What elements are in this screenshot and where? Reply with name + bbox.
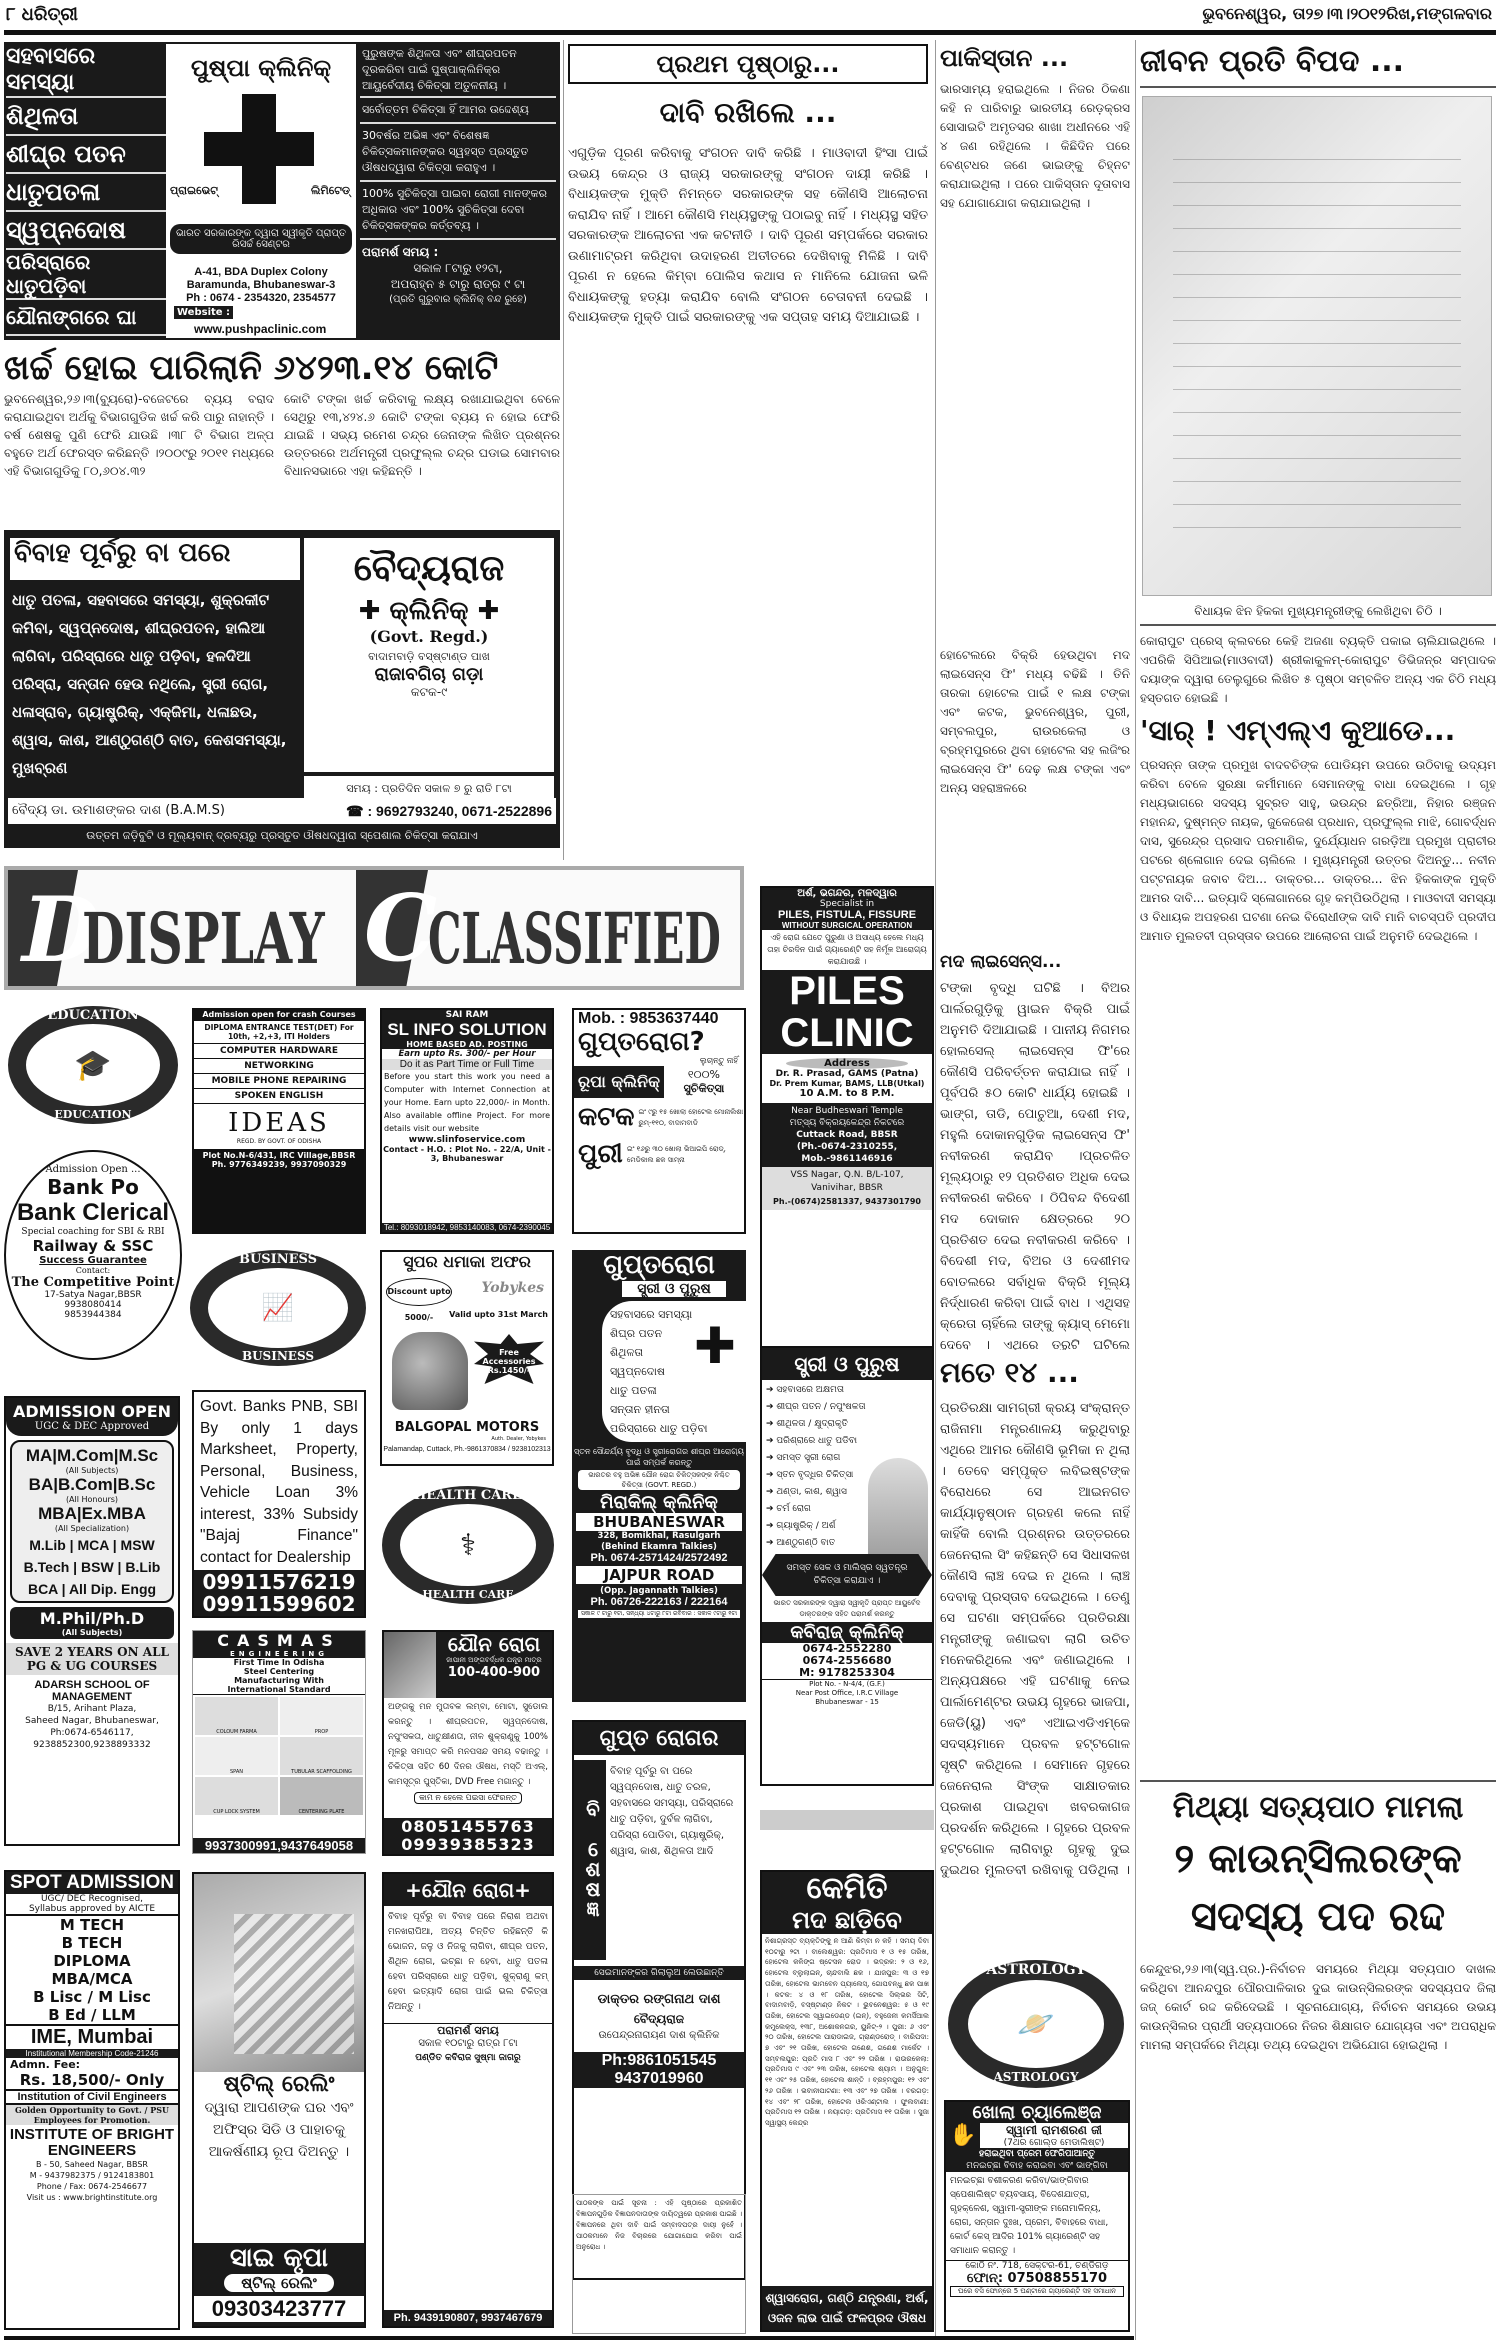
- loan-text: Govt. Banks PNB, SBI By only 1 days Mark…: [194, 1392, 364, 1572]
- ad-title: PILES, FISTULA, FISSURE: [762, 909, 932, 921]
- ad-title: ଯୌନ ରୋଗ: [436, 1632, 552, 1656]
- ad-title: CASMAS: [193, 1631, 365, 1650]
- city-info: ଇଂ ୯ରୁ ୧୫ ଖୋଲା ହୋଟେଲ ମୋନାଲିଶା ରୁମ୍-୧୧୦, …: [638, 1107, 744, 1129]
- ad-title: ADMISSION OPEN: [6, 1398, 178, 1421]
- city-info: ଇଂ ୧୬ରୁ ୩୦ ଖୋଲା ଭିଆଇପି ରୋଡ୍, ମେଡିକାଲ ଛକ …: [627, 1144, 744, 1166]
- ad-title: ଗୁପ୍ତରୋଗ: [572, 1250, 746, 1281]
- front-headline: ଦାବି ରଖିଲେ ...: [568, 96, 928, 130]
- time-label: ପରାମର୍ଶ ସମୟ: [384, 2023, 552, 2038]
- education-logo: EDUCATION 🎓 EDUCATION: [8, 1006, 178, 1124]
- valid-date: Valid upto 31st March: [449, 1310, 548, 1319]
- address-line: କଟକ-୯: [304, 685, 554, 700]
- doctor-block: Address Dr. R. Prasad, GAMS (Patna) Dr. …: [762, 1054, 932, 1103]
- logo-text: EDUCATION: [47, 1008, 138, 1023]
- red-cross-icon: [204, 94, 314, 204]
- course: BA|B.Com|B.Sc: [12, 1475, 172, 1495]
- challenge-lines: ହରାଇଥିବା ପ୍ରେମ ଫେରିପାଆନ୍ତୁ ମନଇଚ୍ଛା ବିବାହ…: [946, 2148, 1128, 2172]
- mla-body: ପ୍ରସନ୍ନ ତାଙ୍କ ପ୍ରମୁଖ ବାଦବଚିଙ୍କ ପୋଡିୟମ ଉପ…: [1140, 756, 1496, 1766]
- city-row: କଟକ ଇଂ ୯ରୁ ୧୫ ଖୋଲା ହୋଟେଲ ମୋନାଲିଶା ରୁମ୍-୧…: [574, 1102, 744, 1133]
- phone: (Ph.-0674-2310255,: [764, 1141, 930, 1153]
- ad-title: ଗୁପ୍ତରୋଗ?: [574, 1028, 744, 1056]
- ad-line: ସ୍ତନ ସୌନ୍ଦର୍ଯ୍ୟ ବୃଦ୍ଧି ଓ ସ୍ତ୍ରୀରୋଗର ଶୀଘ୍…: [572, 1446, 746, 1468]
- address-line: କୋଠି ନଂ. 718, ସେକ୍ଟର-61, ଚଣ୍ଡିଗଡ଼: [946, 2260, 1128, 2271]
- logo-text: ASTROLOGY: [993, 2070, 1078, 2084]
- regd-label: REGD. BY GOVT. OF ODISHA: [194, 1138, 364, 1149]
- liquor-subhead: ମଦ ଲାଇସେନ୍ସ...: [940, 952, 1130, 972]
- address-line: B/15, Arihant Plaza,: [6, 1703, 178, 1715]
- ad-body: ବିବାହ ପୂର୍ବରୁ ବା ବିବାହ ପରେ ନିରାଶ ଅଥବା ମନ…: [384, 1906, 552, 2019]
- budget-col2: କୋଟି ଟଙ୍କା ଖର୍ଚ୍ଚ କରିବାକୁ ଲକ୍ଷ୍ୟ ରଖାଯାଇଥ…: [284, 390, 560, 480]
- staircase-photo: [194, 1874, 364, 2072]
- address-line: ମତ୍ସ୍ୟ ବିକ୍ରୟକେନ୍ଦ୍ର ନିକଟରେ: [764, 1117, 930, 1129]
- council-headline-3: ସଦସ୍ୟ ପଦ ରଦ୍ଦ: [1140, 1894, 1496, 1940]
- story14-headline: ମତେ ୧୪ ...: [940, 1356, 1130, 1390]
- ime-label: IME, Mumbai: [6, 2026, 178, 2049]
- ad-line: Special coaching for SBI & RBI: [6, 1227, 180, 1237]
- ad-text-block: ସର୍ବୋତ୍ତମ ଚିକିତ୍ସା ହିଁ ଆମର ଉଦ୍ଦେଶ୍ୟ: [360, 98, 556, 124]
- rupa-clinic-ad: Mob. : 9853637440 ଗୁପ୍ତରୋଗ? ଲୁଚାନ୍ତୁ ନାହ…: [572, 1008, 746, 1234]
- address-line: Near Post Office, I.R.C Village: [762, 1689, 932, 1698]
- swami-info: ସ୍ୱାମୀ ରାମଶରଣ ଜୀ (7ଥର ଗୋଲ୍ଡ ମେଡାଲିଷ୍ଟ): [980, 2123, 1128, 2148]
- timing-block: ପରାମର୍ଶ ସମୟ : ସକାଳ ୮ଟାରୁ ୧୨ଟା, ଅପରାହ୍ନ ୫…: [360, 240, 556, 312]
- doctor-photo: [868, 1458, 928, 1568]
- timing: ସକାଳ ୯ ଟାରୁ ୧ଟା, ସନ୍ଧ୍ୟା ୪ଟାରୁ ୮ଟା ରବିବା…: [578, 1610, 740, 1618]
- loan-phones: 09911576219 09911599602: [194, 1570, 364, 1616]
- ad-line: Manufacturing With: [193, 1676, 365, 1685]
- brand-name: ବୈଦ୍ୟରାଜ: [304, 548, 554, 590]
- product-item: COLOUM FARMA: [195, 1697, 278, 1735]
- address-line: Vanivihar, BBSR: [764, 1182, 930, 1195]
- life-threat-headline: ଜୀବନ ପ୍ରତି ବିପଦ ...: [1140, 44, 1496, 79]
- steel-railing-ad: ଷ୍ଟିଲ୍ ରେଲିଂ ଦ୍ୱାରା ଆପଣଙ୍କ ଘର ଏବଂ ଅଫିସ୍‌…: [192, 1872, 366, 2328]
- timing-label: ପରାମର୍ଶ ସମୟ :: [362, 244, 554, 260]
- course: B.Tech | BSW | B.Lib: [12, 1559, 172, 1575]
- product-item: CUP LOCK SYSTEM: [195, 1777, 278, 1815]
- scooter-image: [392, 1332, 468, 1410]
- course: MBA|Ex.MBA: [12, 1504, 172, 1524]
- ad-subtitle: ମଦ ଛାଡ଼ିବେ: [762, 1906, 932, 1934]
- treatment: ପରିଶ୍ରାରେ ଧାତୁ ପଡିବା: [776, 1436, 857, 1446]
- course: DIPLOMA: [6, 1952, 178, 1970]
- symptom: ଧାତୁ ପତଳା: [610, 1381, 738, 1400]
- school-name: ADARSH SCHOOL OF MANAGEMENT: [6, 1679, 178, 1703]
- ad-item: ଶୀଘ୍ର ପତନ: [6, 136, 166, 174]
- ad-text-block: 100% ସୁଚିକିତ୍ସା ପାଇବା ରୋଗୀ ମାନଙ୍କର ଅଧିକା…: [360, 182, 556, 240]
- address-line: Ph:0674-6546117,: [6, 1727, 178, 1739]
- pushpa-clinic-ad: ସହବାସରେ ସମସ୍ୟା ଶିଥିଳତା ଶୀଘ୍ର ପତନ ଧାତୁପତଳ…: [4, 42, 560, 340]
- phone: Ph. 06726-222163 / 222164: [572, 1597, 746, 1608]
- brand-name: କବିରାଜ୍ କ୍ଲିନିକ୍: [762, 1622, 932, 1643]
- treatment: ସମସ୍ତ ସ୍ତ୍ରୀ ରୋଗ: [776, 1453, 840, 1463]
- yauna-roga-ad: ଯୌନ ରୋଗ ଜାପାନୀ ଅଙ୍ଗବର୍ଦ୍ଧକ ଯନ୍ତ୍ର ମାତ୍ର …: [382, 1630, 554, 1856]
- course: SPOKEN ENGLISH: [194, 1089, 364, 1104]
- product-grid: COLOUM FARMA PROP SPAN TUBULAR SCAFFOLDI…: [193, 1695, 365, 1817]
- vaidyaraj-clinic-ad: ବିବାହ ପୂର୍ବରୁ ବା ପରେ ଧାତୁ ପତଳା, ସହବାସରେ …: [4, 530, 560, 848]
- phone: 09939385323: [384, 1836, 552, 1854]
- address-line: 328, Bomikhal, Rasulgarh: [572, 1531, 746, 1542]
- phone: Ph. 9439190807, 9937467679: [384, 2310, 552, 2326]
- course-note: (All Subjects): [12, 1466, 172, 1475]
- ad-item: ପରିସ୍ରାରେ ଧାତୁପଡ଼ିବା: [6, 250, 166, 300]
- palm-icon: ✋: [946, 2123, 980, 2148]
- phone-block: Ph:9861051545 9437019960: [574, 2052, 744, 2088]
- dateline: ଭୁବନେଶ୍ୱର, ତା୨୭।୩।୨୦୧୨ରିଖ,ମଙ୍ଗଳବାର: [1202, 4, 1492, 24]
- column-rule: [935, 40, 936, 2340]
- ad-title: SL INFO SOLUTION: [382, 1020, 552, 1040]
- pakistan-headline: ପାକିସ୍ତାନ ...: [940, 44, 1130, 72]
- open-challenge-ad: ଖୋଲା ଚ୍ୟାଲେଞ୍ଜ ✋ ସ୍ୱାମୀ ରାମଶରଣ ଜୀ (7ଥର ଗ…: [944, 2100, 1130, 2332]
- sl-header: SAI RAM SL INFO SOLUTION HOME BASED AD. …: [382, 1010, 552, 1049]
- city-name: JAJPUR ROAD: [576, 1566, 742, 1584]
- phone: Ph. 9776349239, 9937090329: [194, 1160, 364, 1169]
- product-item: CENTERING PLATE: [280, 1777, 363, 1815]
- price: 100-400-900: [436, 1665, 552, 1680]
- brand-name: ମିରାକିଲ୍ କ୍ଲିନିକ୍: [572, 1492, 746, 1513]
- ad-item: ଶିଥିଳତା: [6, 98, 166, 136]
- symptom-list: ସହବାସରେ ସମସ୍ୟା ଶିଘ୍ର ପତନ ଶିଥିଳତା ସ୍ୱପ୍ନଦ…: [602, 1301, 746, 1442]
- planets-icon: 🪐: [1017, 2007, 1054, 2042]
- cure-label: ସୁଚିକିତ୍ସା: [664, 1082, 744, 1096]
- caduceus-icon: ⚕: [460, 1528, 476, 1563]
- phone: 9437019960: [574, 2070, 744, 2088]
- ad-line: The Competitive Point: [6, 1275, 180, 1290]
- address-line: M - 9437982375 / 9124183801: [6, 2170, 178, 2181]
- admission-open-ad: ADMISSION OPEN UGC & DEC Approved MA|M.C…: [4, 1396, 180, 1846]
- ad-footer: ଶ୍ୱାସରୋଗ, ଗଣ୍ଠି ଯନ୍ତ୍ରଣା, ଅର୍ଶ, ଓଜନ ଲାଭ …: [762, 2286, 932, 2330]
- cross-icon: ✚: [359, 596, 390, 626]
- ad-line: ଭାରତର ବହୁ ଅଭିଜ୍ଞ ଯୌନ ରୋଗ ଚିକିତ୍ସକଙ୍କ ନିଶ…: [578, 1470, 740, 1490]
- ad-title: କେମିତି: [762, 1872, 932, 1906]
- mphil-box: M.Phil/Ph.D (All Subjects): [10, 1607, 174, 1639]
- casmas-ad: CASMAS ENGINEERING First Time In Odisha …: [192, 1630, 366, 1854]
- liquor-lead-text: ହୋଟେଲରେ ବିକ୍ରି ହେଉଥିବା ମଦ ଲାଇସେନ୍ସ ଫି' ମ…: [940, 648, 1130, 795]
- ad-title: ଗୁପ୍ତ ରୋଗର: [574, 1722, 744, 1755]
- phone: 09911599602: [194, 1593, 364, 1615]
- phone: Tel.: 8093018942, 9853140083, 0674-23900…: [382, 1223, 552, 1232]
- private-label: ପ୍ରାଇଭେଟ୍: [170, 184, 218, 198]
- ad-line: Success Guarantee: [6, 1255, 180, 1266]
- handwritten-letter-photo: [1142, 96, 1492, 596]
- ad-title: ସୁପର ଧମାକା ଅଫର: [382, 1252, 552, 1272]
- dealer-address: Palamandap, Cuttack, Ph.-9861370834 / 92…: [382, 1446, 552, 1453]
- side-label: ବିଶେଷଜ୍ଞ: [574, 1760, 606, 1960]
- address-block: (Opp. Jagannath Talkies) Ph. 06726-22216…: [572, 1586, 746, 1608]
- course: MA|M.Com|M.Sc: [12, 1446, 172, 1466]
- ad-title: ଖୋଲା ଚ୍ୟାଲେଞ୍ଜ: [946, 2102, 1128, 2123]
- website-link[interactable]: www.pushpaclinic.com: [194, 322, 326, 336]
- ad-header: Admission open for crash Courses: [194, 1010, 364, 1019]
- liquor-lead: ହୋଟେଲରେ ବିକ୍ରି ହେଉଥିବା ମଦ ଲାଇସେନ୍ସ ଫି' ମ…: [940, 646, 1130, 946]
- cure-pct: ୧୦୦%: [664, 1068, 744, 1082]
- doctor: Dr. Prem Kumar, BAMS, LLB(Utkal): [766, 1079, 928, 1088]
- budget-headline: ଖର୍ଚ୍ଚ ହୋଇ ପାରିଲାନି ୬୪୨୩.୧୪ କୋଟି: [4, 348, 560, 388]
- dealer-name: BALGOPAL MOTORS: [382, 1420, 552, 1435]
- pushpa-right: ପୁରୁଷଙ୍କ ଶିଥିଳତା ଏବଂ ଶୀଘ୍ରପତନ ଦୂରକରିବା ପ…: [360, 44, 556, 312]
- bottom-rule: [4, 2336, 1134, 2340]
- treatment: ଗ୍ୟାଷ୍ଟ୍ରିକ୍ / ଅର୍ଶ: [776, 1521, 835, 1531]
- address-label: Address: [786, 1058, 908, 1069]
- regd-label: (Govt. Regd.): [304, 627, 554, 646]
- address-line: Cuttack Road, BBSR: [764, 1129, 930, 1141]
- coin-chart-icon: 📈: [262, 1293, 294, 1323]
- banner-word-classified: CLASSIFIED: [428, 894, 721, 984]
- ad-title: +ଯୌନ ରୋଗ+: [384, 1874, 552, 1906]
- vaidyaraj-body: ଧାତୁ ପତଳା, ସହବାସରେ ସମସ୍ୟା, ଶୁକ୍ରକୀଟ କମିବ…: [12, 586, 296, 782]
- ad-subtitle: ଲୁଚାନ୍ତୁ ନାହିଁ: [574, 1056, 744, 1066]
- yobykes-ad: ସୁପର ଧମାକା ଅଫର Discount upto 5000/- Yoby…: [380, 1250, 554, 1466]
- council-headline-2: ୨ କାଉନ୍‌ସିଲରଙ୍କ: [1140, 1836, 1496, 1882]
- course-list: M TECH B TECH DIPLOMA MBA/MCA B Lisc / M…: [6, 1916, 178, 2026]
- logo-text: HEALTH CARE: [422, 1588, 513, 1601]
- medal-note: (7ଥର ଗୋଲ୍ଡ ମେଡାଲିଷ୍ଟ): [980, 2138, 1128, 2148]
- ad-line: Earn upto Rs. 300/- per Hour: [382, 1049, 552, 1059]
- ad-footer: ପଣ୍ଡିତ କବିରାଜ ସୁଷ୍ମା ଜାଗରୁ: [384, 2053, 552, 2063]
- ad-line: UGC/ DEC Recognised,: [6, 1894, 178, 1904]
- mphil-sub: (All Subjects): [12, 1628, 172, 1637]
- course: B TECH: [6, 1934, 178, 1952]
- title-word: CLINIC: [762, 1012, 932, 1054]
- fee: Rs. 18,500/- Only: [6, 2071, 178, 2089]
- bank-coaching-ad: Admission Open ... Bank Po Bank Clerical…: [4, 1150, 182, 1360]
- mphil: M.Phil/Ph.D: [12, 1609, 172, 1628]
- graduation-cap-icon: 🎓: [74, 1048, 111, 1083]
- fee-label: Admn. Fee:: [6, 2058, 178, 2071]
- casmas-lines: First Time In Odisha Steel Centering Man…: [193, 1658, 365, 1695]
- brand-name: ଡାକ୍ତର ରଙ୍ଗନାଥ ଦାଶ: [574, 1992, 744, 2007]
- ad-line: Bank Po: [6, 1175, 180, 1199]
- ad-subtitle: ଜାପାନୀ ଅଙ୍ଗବର୍ଦ୍ଧକ ଯନ୍ତ୍ର ମାତ୍ର: [436, 1656, 552, 1665]
- clinic-word: କ୍ଲିନିକ୍: [390, 596, 469, 626]
- banner-initial: C: [364, 878, 437, 978]
- front-page-box-title: ପ୍ରଥମ ପୃଷ୍ଠାରୁ...: [568, 44, 928, 84]
- front-body: ଏଗୁଡ଼ିକ ପୂରଣ କରିବାକୁ ସଂଗଠନ ଦାବି କରିଛି । …: [568, 144, 928, 844]
- recognition: UGC/ DEC Recognised,Syllabus approved by…: [6, 1894, 178, 1916]
- health-care-logo: HEALTH CARE ⚕ HEALTH CARE: [382, 1486, 554, 1604]
- course: BCA | All Dip. Engg: [12, 1581, 172, 1597]
- ad-line: Admission Open ...: [6, 1164, 180, 1175]
- location-block-2: VSS Nagar, Q.N. B/L-107, Vanivihar, BBSR…: [762, 1167, 932, 1210]
- yauna-phones: 08051455763 09939385323: [384, 1818, 552, 1854]
- product-item: SPAN: [195, 1737, 278, 1775]
- address-line: Bhubaneswar - 15: [762, 1698, 932, 1707]
- grey-bar: [760, 1810, 934, 1830]
- vaidyaraj-brand-box: ବୈଦ୍ୟରାଜ ✚ କ୍ଲିନିକ୍ ✚ (Govt. Regd.) ବାଦା…: [304, 538, 554, 772]
- ad-line: ଅର୍ଶ, ଭଗନ୍ଦର, ମଳଦ୍ୱାର: [762, 888, 932, 899]
- budget-col1: ଭୁବନେଶ୍ୱର,୨୬।୩(ବ୍ୟୁରୋ)-ବଜେଟରେ ବ୍ୟୟ ବରାଦ …: [4, 390, 274, 480]
- timing: ସକାଳ ୧୦ଟାରୁ ରାତ୍ର ୮ଟା: [384, 2038, 552, 2049]
- phone: 09911576219: [194, 1571, 364, 1593]
- ad-line: 9853944384: [6, 1310, 180, 1320]
- address-line: ଉପେନ୍ଦ୍ରନାରାୟଣ ଦାଶ କ୍ଲିନିକ: [574, 2030, 744, 2041]
- ad-line: 9938080414: [6, 1300, 180, 1310]
- treatment: ଆଣ୍ଠୁଗଣ୍ଠି ବାତ: [776, 1538, 835, 1548]
- piles-clinic-ad: ଅର୍ଶ, ଭଗନ୍ଦର, ମଳଦ୍ୱାର Specialist in PILE…: [760, 886, 934, 1376]
- service-burst: ସମସ୍ତ ସେକ ଓ ମାଲିସ୍‌ର ସ୍ୱତନ୍ତ୍ର ଚିକିତ୍ସା …: [762, 1554, 932, 1596]
- doctor-name: ବୈଦ୍ୟ ଡା. ଉମାଶଙ୍କର ଦାଶ (B.A.M.S): [12, 798, 225, 824]
- doctor-row: ବୈଦ୍ୟ ଡା. ଉମାଶଙ୍କର ଦାଶ (B.A.M.S) ☎ : 969…: [8, 798, 556, 824]
- city-name: BHUBANESWAR: [576, 1513, 742, 1531]
- yauna-title-block: ଯୌନ ରୋଗ ଜାପାନୀ ଅଙ୍ଗବର୍ଦ୍ଧକ ଯନ୍ତ୍ର ମାତ୍ର …: [436, 1632, 552, 1698]
- logo-text: HEALTH CARE: [414, 1488, 522, 1503]
- phone: ☎ : 9692793240, 0671-2522896: [346, 798, 556, 824]
- website-link[interactable]: www.slinfoservice.com: [382, 1135, 552, 1145]
- divider: [1140, 1780, 1496, 1782]
- spot-admission-ad: SPOT ADMISSION UGC/ DEC Recognised,Sylla…: [4, 1870, 180, 2330]
- course: M TECH: [6, 1916, 178, 1934]
- ad-line: Contact:: [6, 1266, 180, 1275]
- ad-subtitle: ENGINEERING: [193, 1650, 365, 1658]
- contact: Contact - H.O. : Plot No. - 22/A, Unit -…: [382, 1145, 552, 1163]
- ideas-course-list: DIPLOMA ENTRANCE TEST(DET) For 10th, +2,…: [194, 1021, 364, 1149]
- brand-name: ପୁଷ୍ପା କ୍ଲିନିକ୍: [166, 54, 356, 82]
- product-item: PROP: [280, 1697, 363, 1735]
- ad-line: 17-Satya Nagar,BBSR: [6, 1290, 180, 1300]
- treatment: ଶୀଘ୍ର ପତନ / ନପୁଂଷକତା: [776, 1402, 865, 1412]
- ad-line: Do it as Part Time or Full Time: [382, 1059, 552, 1070]
- treatment: ଶୀଥିଳତା / କ୍ଷୁଦ୍ରାକୃତି: [776, 1419, 847, 1429]
- railing-brand-block: ସାଇ କୃପା ଷ୍ଟିଲ୍ ରେଲିଂ 09303423777: [194, 2243, 364, 2326]
- ad-subtitle: WITHOUT SURGICAL OPERATION: [762, 921, 932, 930]
- letter-lines: [1173, 137, 1461, 537]
- address-line: ବାଦାମବାଡ଼ି ବସ୍‌ଷ୍ଟାଣ୍ଡ ପାଖ: [304, 650, 554, 664]
- phone: M: 9178253304: [762, 1667, 932, 1679]
- ad-line: Syllabus approved by AICTE: [6, 1904, 178, 1914]
- ad-line: Steel Centering: [193, 1667, 365, 1676]
- ad-subtitle: ସ୍ତ୍ରୀ ଓ ପୁରୁଷ: [622, 1281, 726, 1297]
- brand-name: ସାଇ କୃପା: [194, 2243, 364, 2274]
- page-label: ୮ ଧରିତ୍ରୀ: [6, 4, 78, 25]
- ad-item: ସ୍ୱପ୍ନଦୋଷ: [6, 212, 166, 250]
- ad-body: ମନଇଚ୍ଛା ବଶୀକରଣ କରିବା/ଭାଙ୍ଗିବାର ସ୍ପେଶାଲିଷ…: [946, 2172, 1128, 2260]
- course: B Ed / LLM: [6, 2006, 178, 2024]
- phone: 08051455763: [384, 1818, 552, 1836]
- course-note: (All Specialization): [12, 1524, 172, 1533]
- course: NETWORKING: [194, 1059, 364, 1074]
- masthead-rule: [4, 30, 1496, 35]
- cross-icon: ✚: [468, 596, 499, 626]
- title-word: PILES: [762, 970, 932, 1012]
- website-label: Website :: [174, 306, 233, 319]
- treatment: ସ୍ତନ ବୃଦ୍ଧିର ଚିକିତ୍ସା: [776, 1470, 853, 1480]
- kemiti-mada-ad: କେମିତି ମଦ ଛାଡ଼ିବେ ନିଶାଗ୍ରସ୍ତ ବ୍ୟକ୍ତିଙ୍କୁ…: [760, 1870, 934, 2332]
- courses-box: MA|M.Com|M.Sc (All Subjects) BA|B.Com|B.…: [10, 1440, 174, 1603]
- loan-ad: Govt. Banks PNB, SBI By only 1 days Mark…: [192, 1390, 366, 1618]
- school-address: B/15, Arihant Plaza, Saheed Nagar, Bhuba…: [6, 1703, 178, 1751]
- council-headline-1: ମିଥ୍ୟା ସତ୍ୟପାଠ ମାମଲା: [1140, 1790, 1496, 1825]
- liquor-body: ଟଙ୍କା ବୃଦ୍ଧି ଘଟିଛି । ବିଅର ପାର୍ଲରଗୁଡ଼ିକୁ …: [940, 978, 1130, 1350]
- brand-sub: ଷ୍ଟିଲ୍ ରେଲିଂ: [224, 2274, 334, 2292]
- cross-icon: ✚: [694, 1321, 736, 1371]
- display-classified-banner: D DISPLAY C CLASSIFIED: [4, 866, 744, 990]
- phone-block: 0674-2552280 0674-2556680 M: 9178253304: [762, 1643, 932, 1679]
- story14-body: ପ୍ରତିରକ୍ଷା ସାମଗ୍ରୀ କ୍ରୟ ସଂକ୍ରାନ୍ତ ରାଜିନା…: [940, 1398, 1130, 1878]
- column-rule: [563, 40, 564, 860]
- pushpa-left-items: ସହବାସରେ ସମସ୍ୟା ଶିଥିଳତା ଶୀଘ୍ର ପତନ ଧାତୁପତଳ…: [6, 44, 166, 370]
- council-body: କେନ୍ଦୁଝର,୨୬।୩(ସ୍ୱ.ପ୍ର.)-ନିର୍ବାଚନ ସମୟରେ ମ…: [1140, 1960, 1496, 2338]
- timing-line: (ପ୍ରତି ଗୁରୁବାର କ୍ଲିନିକ୍ ବନ୍ଦ ରୁହେ): [362, 292, 554, 308]
- ad-line: ହରାଇଥିବା ପ୍ରେମ ଫେରିପାଆନ୍ତୁ: [946, 2148, 1128, 2160]
- ad-line: Specialist in: [762, 899, 932, 909]
- ad-body: ନିଶାଗ୍ରସ୍ତ ବ୍ୟକ୍ତିଙ୍କୁ ନ ଆଣି କିମ୍ବା ନ କହ…: [762, 1934, 932, 2274]
- address-line: Ph : 0674 - 2354320, 2354577: [166, 292, 356, 305]
- address-line: Saheed Nagar, Bhubaneswar,: [6, 1715, 178, 1727]
- treatment: ଥଣ୍ଡା, କାଶ, ଶ୍ୱାସ: [776, 1487, 847, 1497]
- treatment: ସହବାସରେ ଅକ୍ଷମତା: [776, 1385, 844, 1395]
- logo-text: BUSINESS: [242, 1349, 314, 1363]
- letter-caption: ବିଧାୟକ ଝିନ ହିକକା ମୁଖ୍ୟମନ୍ତ୍ରୀଙ୍କୁ ଲେଖିଥି…: [1140, 604, 1496, 619]
- ad-body: Before you start this work you need a Co…: [382, 1070, 552, 1135]
- address-line: B - 50, Saheed Nagar, BBSR: [6, 2159, 178, 2170]
- miracle-clinic-ad: ଗୁପ୍ତରୋଗ ସ୍ତ୍ରୀ ଓ ପୁରୁଷ ସହବାସରେ ସମସ୍ୟା ଶ…: [572, 1250, 746, 1702]
- ad-body: ଦ୍ୱାରା ଆପଣଙ୍କ ଘର ଏବଂ ଅଫିସ୍‌ର ସିଡି ଓ ପାହା…: [194, 2097, 364, 2163]
- course: M.Lib | MCA | MSW: [12, 1537, 172, 1553]
- ad-item: ସହବାସରେ ସମସ୍ୟା: [6, 44, 166, 98]
- swami-row: ✋ ସ୍ୱାମୀ ରାମଶରଣ ଜୀ (7ଥର ଗୋଲ୍ଡ ମେଡାଲିଷ୍ଟ): [946, 2123, 1128, 2148]
- symptom: ପରିସ୍ରାରେ ଧାତୁ ପଡ଼ିବା: [610, 1419, 738, 1438]
- yauna-header: ଯୌନ ରୋଗ ଜାପାନୀ ଅଙ୍ଗବର୍ଦ୍ଧକ ଯନ୍ତ୍ର ମାତ୍ର …: [384, 1632, 552, 1698]
- business-logo: BUSINESS 📈 BUSINESS: [190, 1250, 366, 1366]
- vaidyaraj-title: ବିବାହ ପୂର୍ବରୁ ବା ପରେ: [10, 538, 300, 580]
- timing-line: ସକାଳ ୮ଟାରୁ ୧୨ଟା,: [362, 260, 554, 276]
- pushpa-address: A-41, BDA Duplex Colony Baramunda, Bhuba…: [166, 266, 356, 305]
- address-line: ରାଜାବଗିଚା ଗଡ଼ା: [304, 664, 554, 685]
- website-link[interactable]: Visit us : www.brightinstitute.org: [6, 2192, 178, 2203]
- save-note: SAVE 2 YEARS ON ALL PG & UG COURSES: [6, 1643, 178, 1675]
- brand-sub: ବୈଦ୍ୟରାଜ: [574, 2012, 744, 2027]
- ad-line: Bank Clerical: [6, 1199, 180, 1227]
- course: DIPLOMA ENTRANCE TEST(DET) For 10th, +2,…: [194, 1021, 364, 1044]
- ad-line: ସେଇମାନଙ୍କର ଗିଲାଲୁଅ ଲେଉଛାନ୍ତି: [574, 1966, 744, 1980]
- course: MBA/MCA: [6, 1970, 178, 1988]
- logo-text: ASTROLOGY: [986, 1962, 1085, 1978]
- golden-note: Golden Opportunity to Govt. / PSU Employ…: [6, 2105, 178, 2125]
- timing-line: ଅପରାହ୍ନ ୫ ଟାରୁ ରାତ୍ର ୯ ଟା: [362, 276, 554, 292]
- banner-word-display: DISPLAY: [82, 894, 325, 984]
- phone: Ph.-(0674)2581337, 9437301790: [764, 1195, 930, 1208]
- course-note: (All Honours): [12, 1495, 172, 1504]
- sl-info-ad: SAI RAM SL INFO SOLUTION HOME BASED AD. …: [380, 1008, 554, 1234]
- address-line: VSS Nagar, Q.N. B/L-107,: [764, 1169, 930, 1182]
- phone: Mob. : 9853637440: [574, 1010, 744, 1028]
- ideas-ad: Admission open for crash Courses DIPLOMA…: [192, 1008, 366, 1234]
- reader-notice: ପାଠକଙ୍କ ପାଇଁ ସୂଚନା : ଏହି ପୃଷ୍ଠାରେ ପ୍ରକାଶ…: [572, 2194, 746, 2334]
- mla-headline: 'ସାର୍ ! ଏମ୍‌ଏଲ୍‌ଏ କୁଆଡେ...: [1140, 714, 1496, 748]
- divider: [1140, 86, 1496, 88]
- phone: Mob.-9861146916: [764, 1153, 930, 1165]
- course: COMPUTER HARDWARE: [194, 1044, 364, 1059]
- product-item: TUBULAR SCAFFOLDING: [280, 1737, 363, 1775]
- brand-name: ରୂପା କ୍ଲିନିକ୍: [574, 1066, 664, 1098]
- ad-line: SAI RAM: [382, 1010, 552, 1020]
- address-line: Plot No.N-6/431, IRC Village,BBSR: [194, 1151, 364, 1160]
- course: B Lisc / M Lisc: [6, 1988, 178, 2006]
- institute-address: B - 50, Saheed Nagar, BBSR M - 943798237…: [6, 2159, 178, 2203]
- institute-name: INSTITUTE OF BRIGHT ENGINEERS: [6, 2127, 178, 2159]
- address-line: Phone / Fax: 0674-2546677: [6, 2181, 178, 2192]
- ad-footer: ଘରେ ବସି ଫୋନ୍‌ରେ 5 ଘଣ୍ଟାରେ ଗ୍ୟାରେଣ୍ଟି ସହ …: [950, 2286, 1124, 2297]
- ad-line: ମନଇଚ୍ଛା ବିବାହ କରାଇବା ଏବଂ ଭାଙ୍ଗିବା: [946, 2160, 1128, 2172]
- address-line: A-41, BDA Duplex Colony: [166, 266, 356, 279]
- govt-line: ଭାରତ ସରକାରଙ୍କ ଦ୍ୱାରା ସ୍ୱୀକୃତି ପ୍ରାପ୍ତ ରି…: [170, 224, 352, 254]
- address-line: Baramunda, Bhubaneswar-3: [166, 279, 356, 292]
- ad-text-block: ପୁରୁଷଙ୍କ ଶିଥିଳତା ଏବଂ ଶୀଘ୍ରପତନ ଦୂରକରିବା ପ…: [360, 44, 556, 98]
- ad-item: ଯୌନାଙ୍ଗରେ ଘା: [6, 300, 166, 336]
- ad-line: First Time In Odisha: [193, 1658, 365, 1667]
- phone: ଫୋନ୍: 07508855170: [946, 2271, 1128, 2286]
- ad-line: ଭାରତ ସରକାରଙ୍କ ଦ୍ୱାରା ସ୍ୱୀକୃତି ପ୍ରାପ୍ତ ଆୟ…: [762, 1596, 932, 1622]
- yauna-roga-ad-2: +ଯୌନ ରୋଗ+ ବିବାହ ପୂର୍ବରୁ ବା ବିବାହ ପରେ ନିର…: [382, 1872, 554, 2328]
- astrology-logo: ASTROLOGY 🪐 ASTROLOGY: [948, 1960, 1124, 2088]
